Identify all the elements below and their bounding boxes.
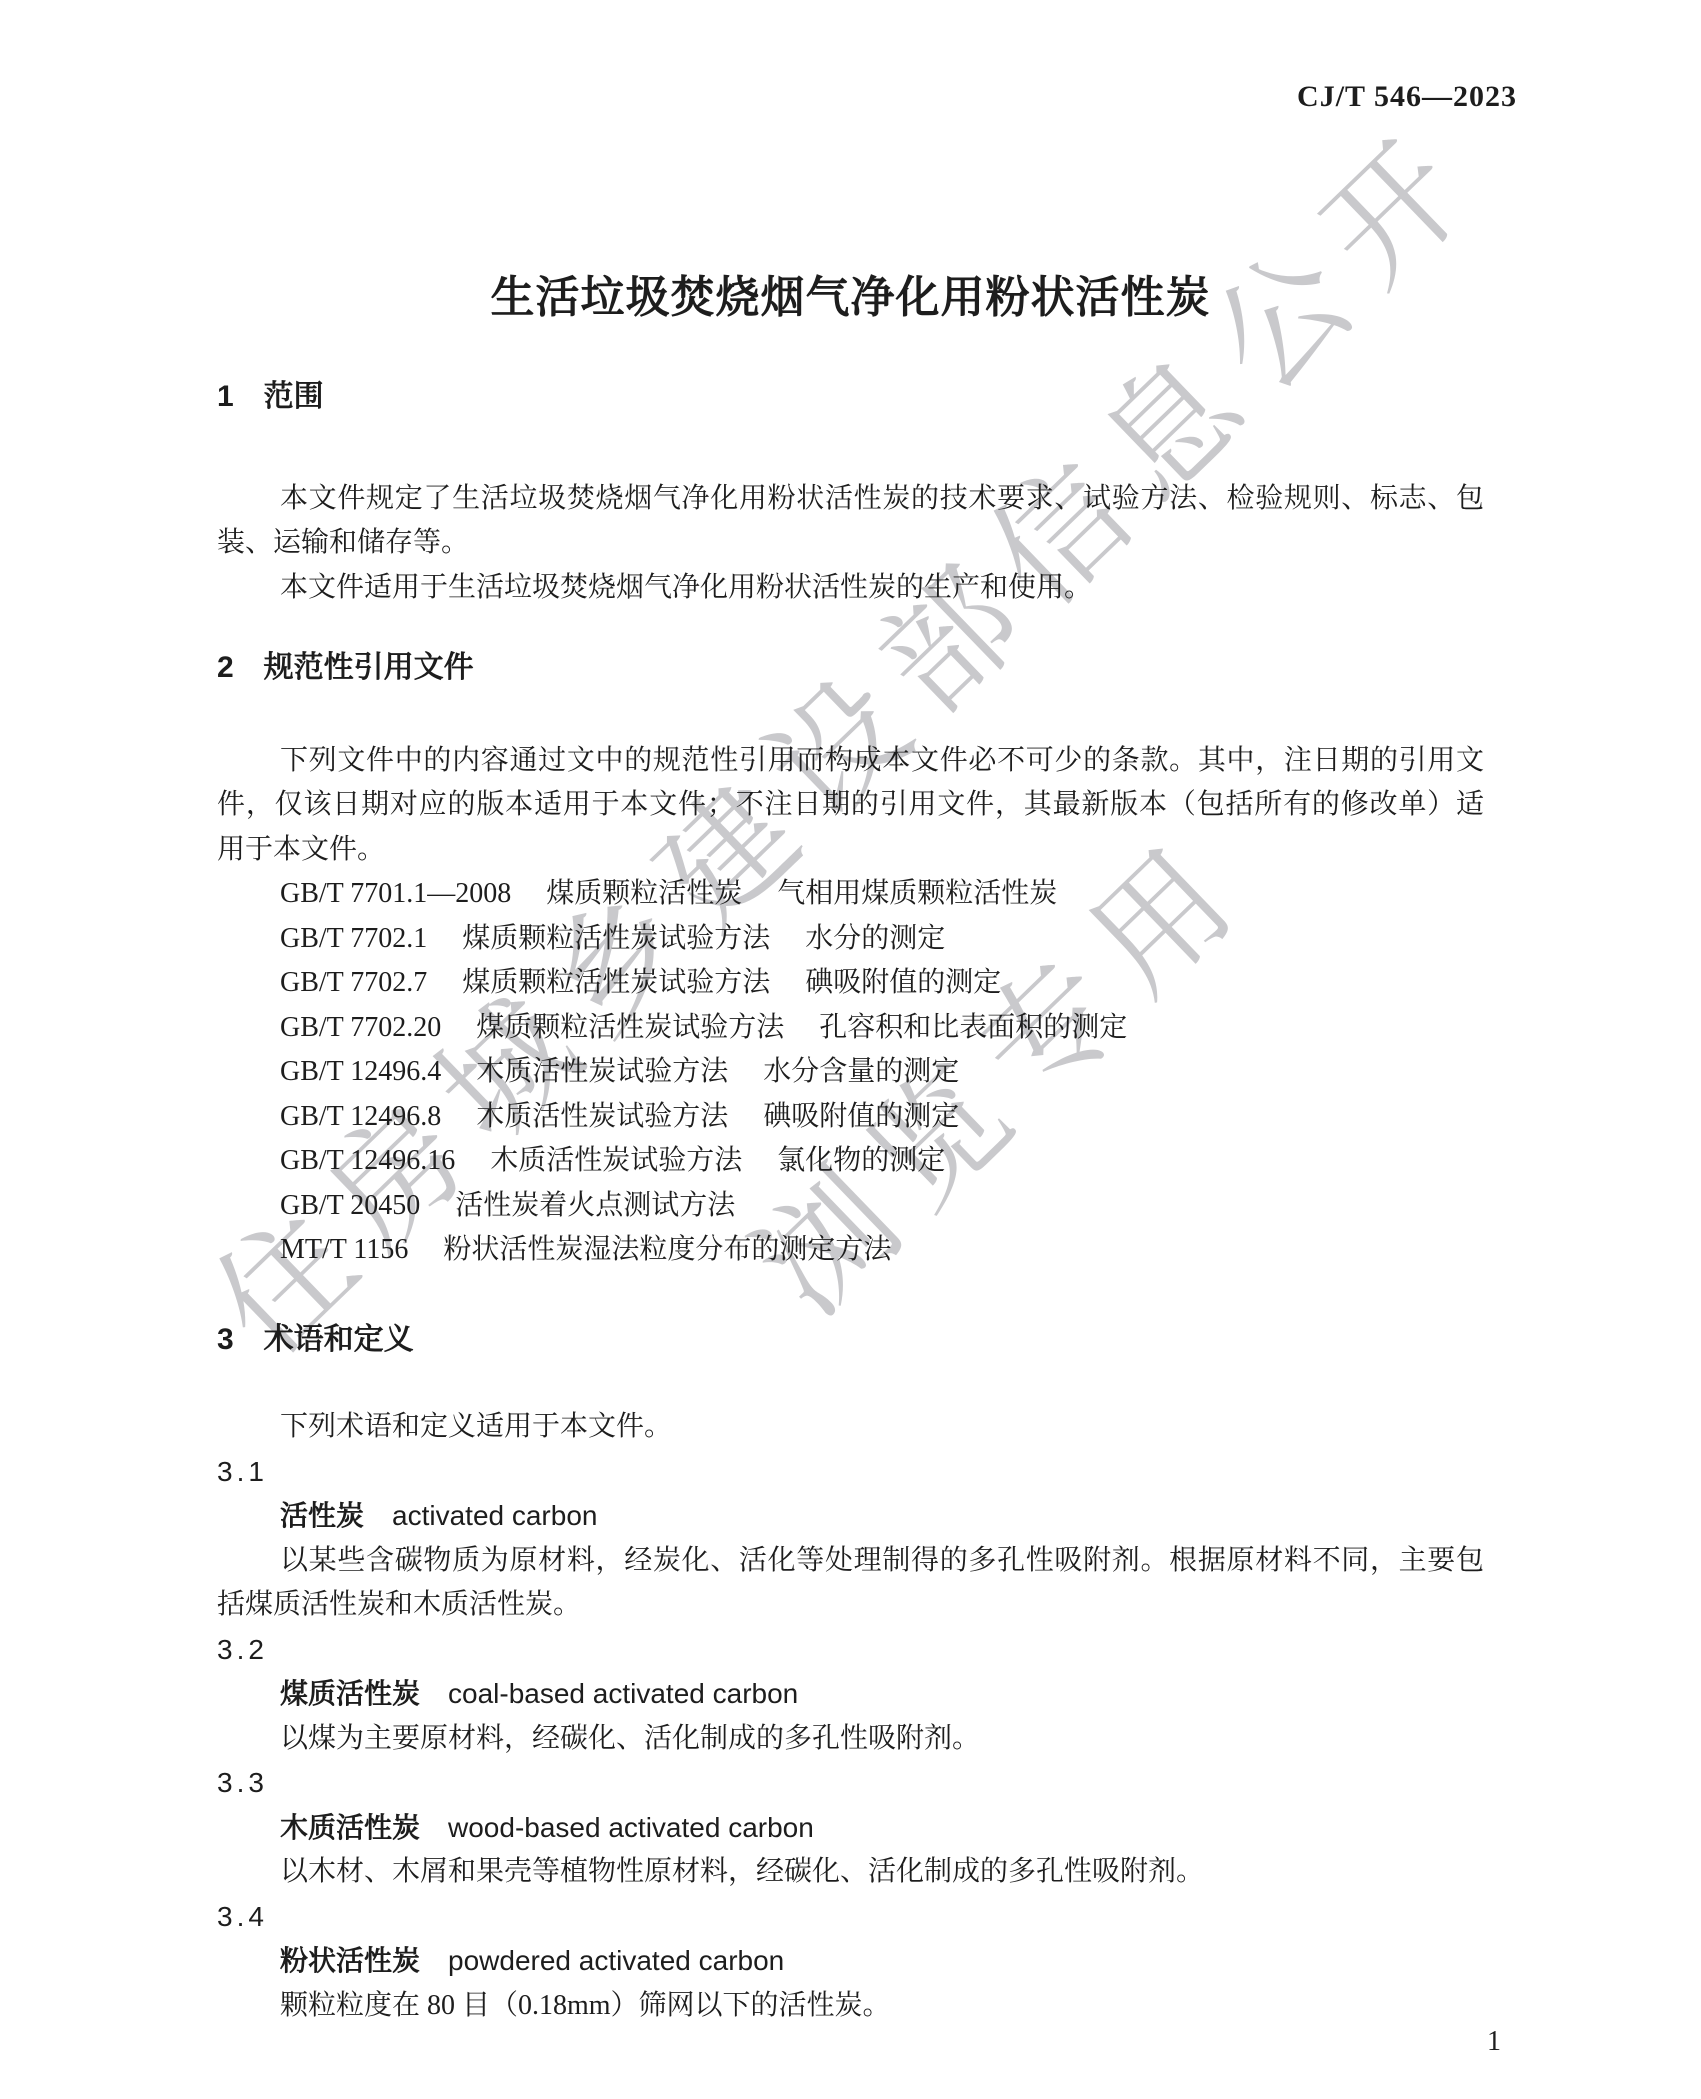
term-number: 3.4 [217,1895,1484,1940]
term-heading: 煤质活性炭coal-based activated carbon [217,1672,1484,1717]
term-number: 3.2 [217,1628,1484,1673]
paragraph-line: 以煤为主要原材料，经碳化、活化制成的多孔性吸附剂。 [217,1717,1484,1762]
term-english: coal-based activated carbon [448,1678,798,1709]
reference-item: GB/T 7702.7 煤质颗粒活性炭试验方法 碘吸附值的测定 [217,961,1484,1006]
reference-item: GB/T 12496.16 木质活性炭试验方法 氯化物的测定 [217,1139,1484,1184]
paragraph-line: 本文件规定了生活垃圾焚烧烟气净化用粉状活性炭的技术要求、试验方法、检验规则、标志… [217,477,1484,522]
paragraph-line: 下列术语和定义适用于本文件。 [217,1405,1484,1450]
reference-item: MT/T 1156 粉状活性炭湿法粒度分布的测定方法 [217,1228,1484,1273]
section-heading: 1 范围 [217,375,1484,420]
paragraph-line: 以木材、木屑和果壳等植物性原材料，经碳化、活化制成的多孔性吸附剂。 [217,1850,1484,1895]
term-number: 3.1 [217,1450,1484,1495]
paragraph-line: 用于本文件。 [217,828,1484,873]
term-number: 3.3 [217,1761,1484,1806]
term-english: wood-based activated carbon [448,1812,814,1843]
page-number: 1 [1487,2026,1501,2058]
paragraph-line: 下列文件中的内容通过文中的规范性引用而构成本文件必不可少的条款。其中，注日期的引… [217,739,1484,784]
term-heading: 粉状活性炭powdered activated carbon [217,1939,1484,1984]
section-heading: 2 规范性引用文件 [217,646,1484,691]
document-body: 1 范围本文件规定了生活垃圾焚烧烟气净化用粉状活性炭的技术要求、试验方法、检验规… [217,375,1484,2028]
paragraph-line: 件，仅该日期对应的版本适用于本文件；不注日期的引用文件，其最新版本（包括所有的修… [217,783,1484,828]
term-english: powdered activated carbon [448,1945,784,1976]
paragraph-line: 装、运输和储存等。 [217,521,1484,566]
term-heading: 木质活性炭wood-based activated carbon [217,1806,1484,1851]
section-heading: 3 术语和定义 [217,1318,1484,1363]
paragraph-line: 括煤质活性炭和木质活性炭。 [217,1583,1484,1628]
term-heading: 活性炭activated carbon [217,1494,1484,1539]
term-chinese: 木质活性炭 [280,1812,420,1843]
page-title: 生活垃圾焚烧烟气净化用粉状活性炭 [0,261,1701,325]
reference-item: GB/T 7702.1 煤质颗粒活性炭试验方法 水分的测定 [217,917,1484,962]
term-english: activated carbon [392,1500,597,1531]
term-chinese: 活性炭 [280,1500,364,1531]
reference-item: GB/T 7701.1—2008 煤质颗粒活性炭 气相用煤质颗粒活性炭 [217,872,1484,917]
paragraph-line: 颗粒粒度在 80 目（0.18mm）筛网以下的活性炭。 [217,1984,1484,2029]
standard-document-page: { "page": { "doc_code": "CJ/T 546—2023",… [0,0,1701,2099]
term-chinese: 粉状活性炭 [280,1945,420,1976]
document-code: CJ/T 546—2023 [1297,80,1517,114]
reference-item: GB/T 12496.8 木质活性炭试验方法 碘吸附值的测定 [217,1095,1484,1140]
reference-item: GB/T 20450 活性炭着火点测试方法 [217,1184,1484,1229]
reference-item: GB/T 12496.4 木质活性炭试验方法 水分含量的测定 [217,1050,1484,1095]
paragraph-line: 以某些含碳物质为原材料，经炭化、活化等处理制得的多孔性吸附剂。根据原材料不同，主… [217,1539,1484,1584]
reference-item: GB/T 7702.20 煤质颗粒活性炭试验方法 孔容积和比表面积的测定 [217,1006,1484,1051]
paragraph-line: 本文件适用于生活垃圾焚烧烟气净化用粉状活性炭的生产和使用。 [217,566,1484,611]
term-chinese: 煤质活性炭 [280,1678,420,1709]
